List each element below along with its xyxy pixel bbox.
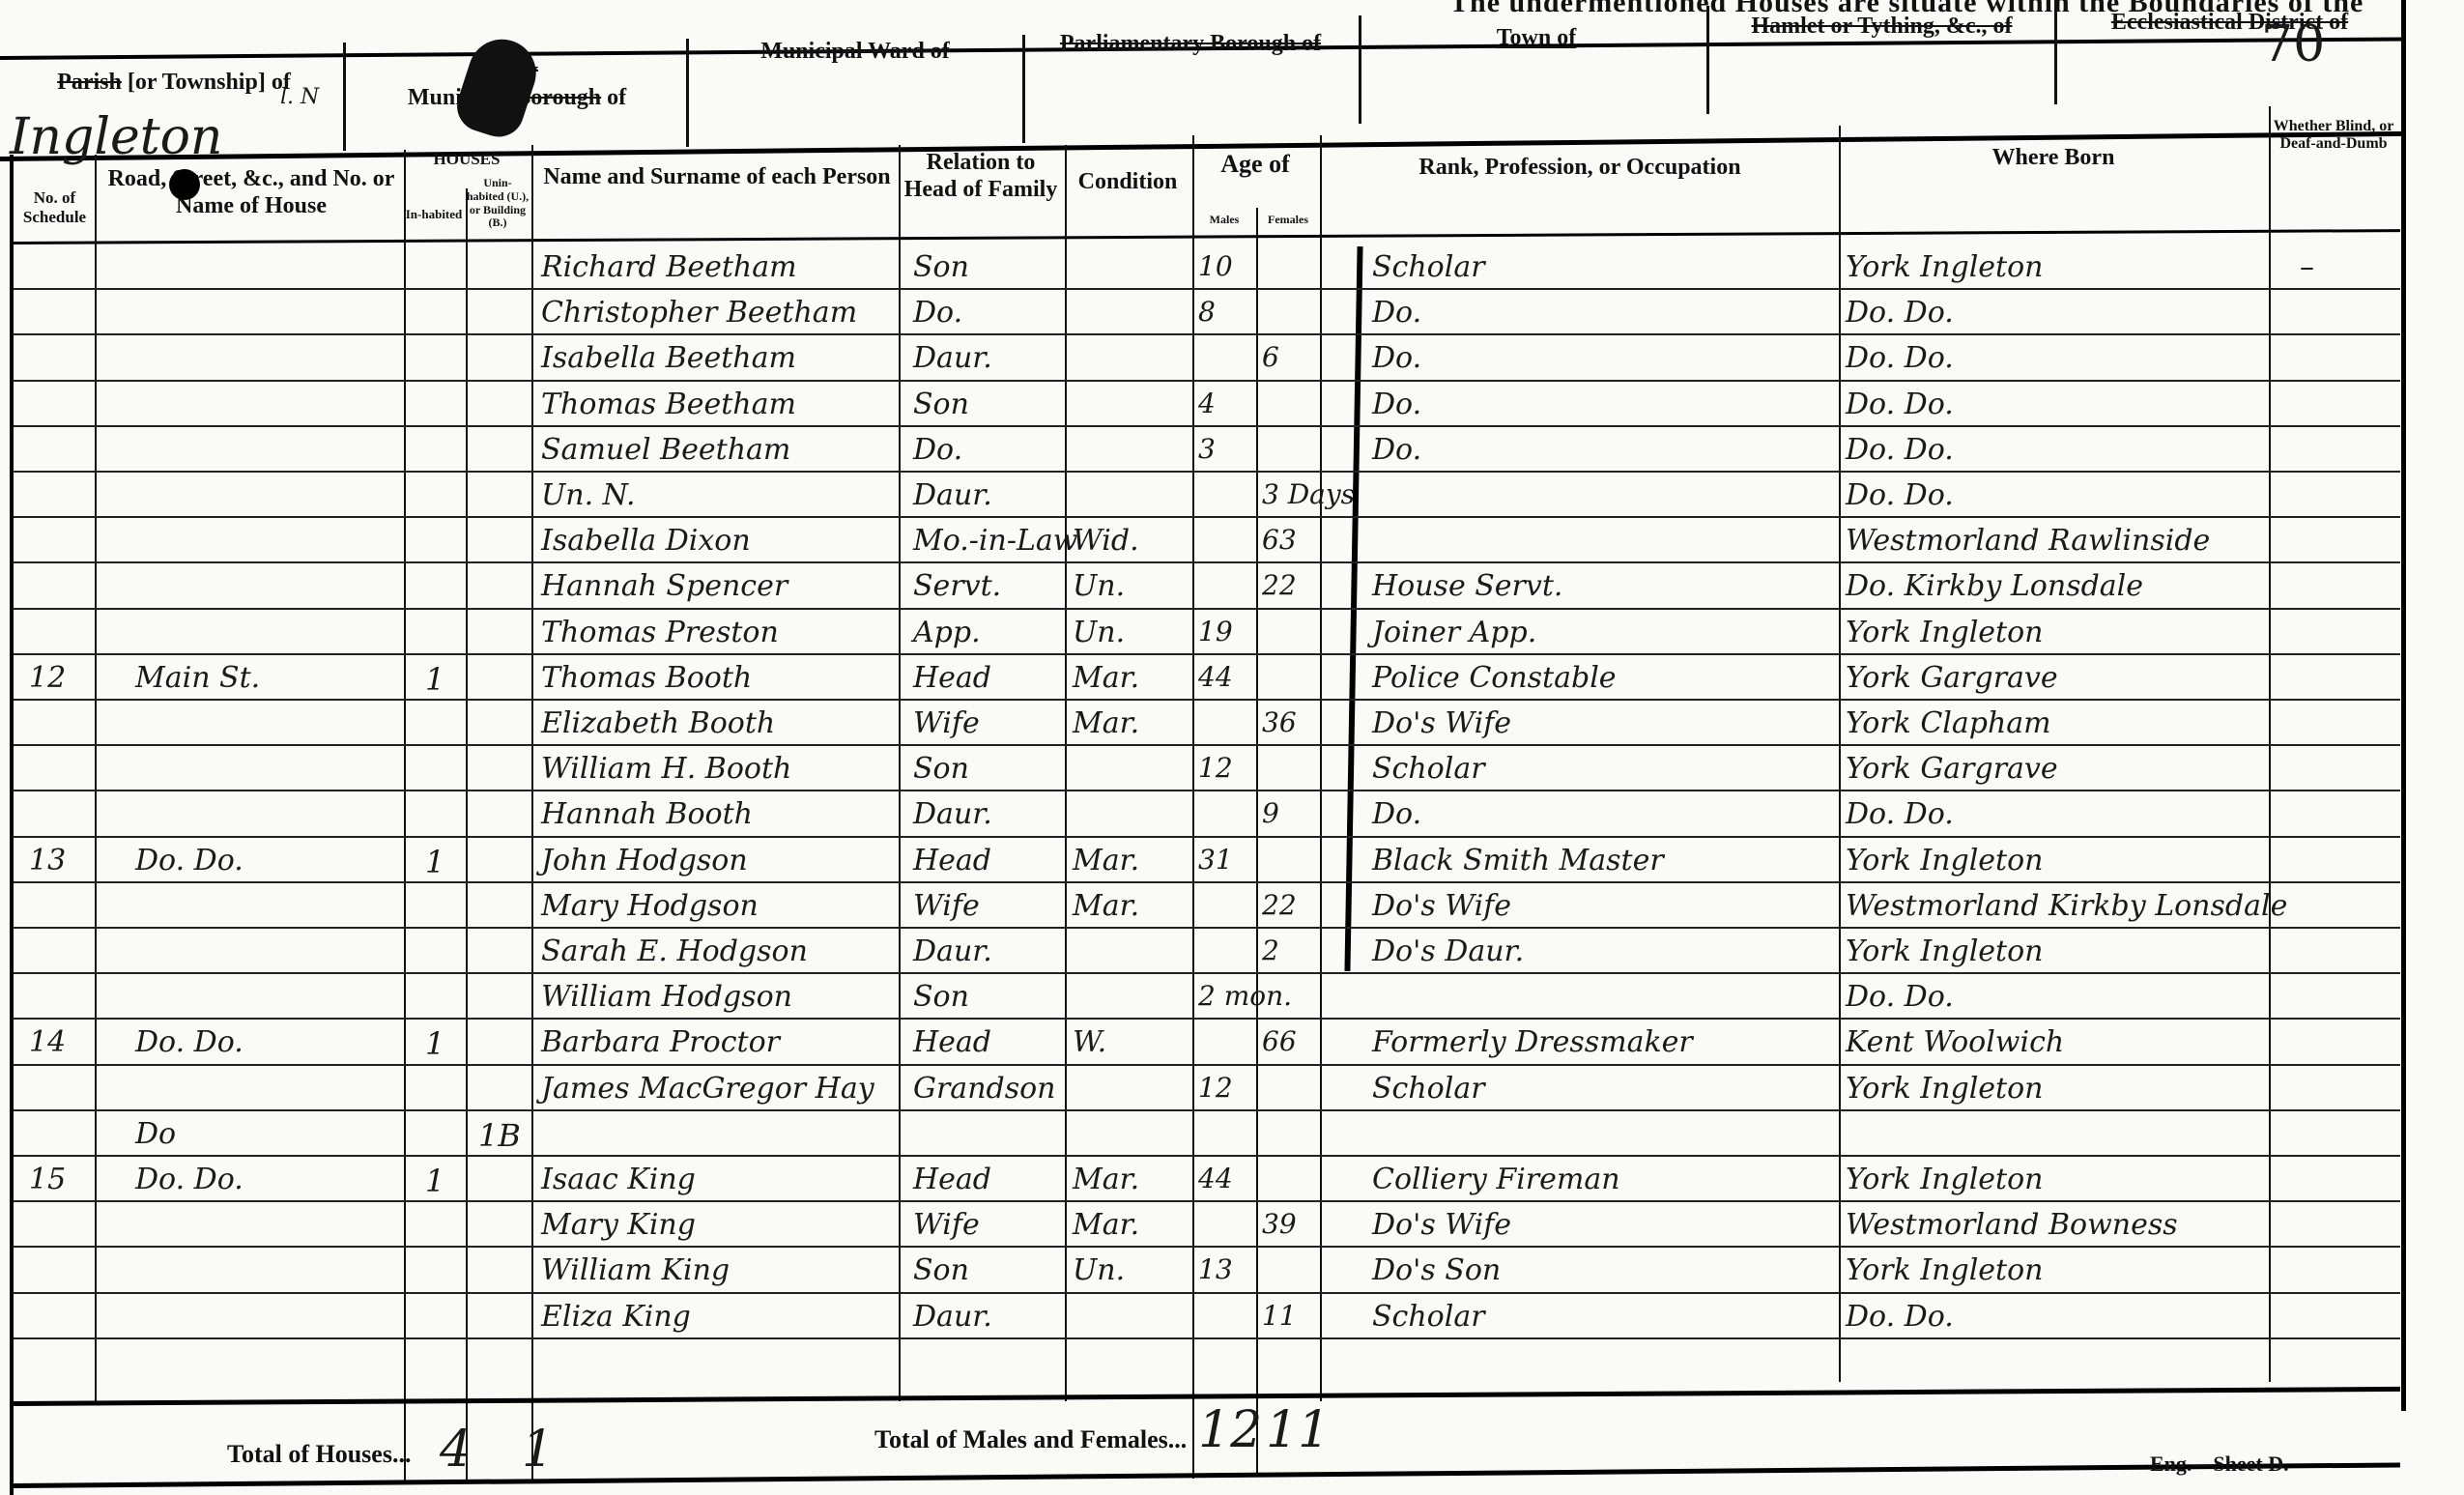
occupation: Scholar	[1372, 1072, 1485, 1106]
male-age: 2 mon.	[1198, 980, 1292, 1012]
houses-inhabited: 1	[425, 1025, 444, 1062]
where-born: Do. Do.	[1846, 980, 1954, 1014]
municipal-ward-label: Municipal Ward of	[691, 39, 1019, 66]
row-rule	[14, 380, 2400, 382]
relation-to-head: Son	[913, 1253, 969, 1287]
where-born: Do. Do.	[1846, 341, 1954, 375]
row-rule	[14, 561, 2400, 563]
occupation: Formerly Dressmaker	[1372, 1025, 1693, 1059]
female-age: 22	[1262, 569, 1297, 601]
relation-to-head: Do.	[913, 433, 962, 467]
col-header-occupation: Rank, Profession, or Occupation	[1324, 155, 1836, 182]
blind-deaf-dumb: –	[2300, 250, 2314, 284]
condition: Mar.	[1073, 706, 1139, 740]
occupation: Do's Daur.	[1372, 934, 1524, 968]
relation-to-head: Head	[913, 1025, 991, 1059]
relation-to-head: Daur.	[913, 1300, 992, 1334]
row-rule	[14, 1292, 2400, 1294]
person-name: Isabella Beetham	[541, 341, 796, 375]
col-header-uninhabited: Unin-habited (U.), or Building (B.)	[466, 177, 530, 230]
row-rule	[14, 744, 2400, 746]
male-age: 4	[1198, 388, 1216, 419]
where-born: Kent Woolwich	[1846, 1025, 2064, 1059]
row-rule	[14, 333, 2400, 335]
occupation: Police Constable	[1372, 661, 1617, 695]
relation-to-head: Do.	[913, 296, 962, 330]
condition: Mar.	[1073, 844, 1139, 877]
person-name: Thomas Preston	[541, 616, 779, 649]
occupation: Scholar	[1372, 752, 1485, 786]
where-born: Do. Do.	[1846, 1300, 1954, 1334]
occupation: Do's Wife	[1372, 706, 1511, 740]
header-bottom-rule	[14, 229, 2400, 244]
row-rule	[14, 471, 2400, 473]
where-born: York Ingleton	[1846, 616, 2043, 649]
divider	[1706, 6, 1709, 114]
condition: Mar.	[1073, 1208, 1139, 1242]
where-born: York Ingleton	[1846, 250, 2043, 284]
relation-to-head: Son	[913, 388, 969, 421]
person-name: Mary King	[541, 1208, 696, 1242]
where-born: York Ingleton	[1846, 1072, 2043, 1106]
female-age: 63	[1262, 524, 1297, 556]
person-name: Isabella Dixon	[541, 524, 751, 558]
where-born: York Clapham	[1846, 706, 2051, 740]
census-page: The undermentioned Houses are situate wi…	[0, 0, 2464, 1495]
hamlet-label: Hamlet or Tything, &c., of	[1710, 14, 2053, 41]
row-rule	[14, 1064, 2400, 1066]
divider	[2054, 0, 2057, 104]
houses-inhabited: 1	[425, 661, 444, 698]
row-rule	[14, 608, 2400, 610]
occupation: Joiner App.	[1372, 616, 1536, 649]
col-header-where-born: Where Born	[1841, 145, 2266, 172]
occupation: Colliery Fireman	[1372, 1163, 1620, 1196]
person-name: Mary Hodgson	[541, 889, 759, 923]
relation-to-head: Grandson	[913, 1072, 1056, 1106]
relation-to-head: Head	[913, 1163, 991, 1196]
row-rule	[14, 972, 2400, 974]
where-born: York Ingleton	[1846, 1253, 2043, 1287]
schedule-number: 13	[29, 844, 66, 877]
where-born: Do. Do.	[1846, 388, 1954, 421]
condition: Un.	[1073, 569, 1125, 603]
person-name: Samuel Beetham	[541, 433, 790, 467]
col-header-age: Age of	[1192, 150, 1318, 179]
relation-to-head: Daur.	[913, 478, 992, 512]
form-reference: Eng.—Sheet D.	[2150, 1452, 2289, 1477]
occupation: Black Smith Master	[1372, 844, 1664, 877]
row-rule	[14, 927, 2400, 929]
where-born: Westmorland Bowness	[1846, 1208, 2178, 1242]
where-born: York Ingleton	[1846, 934, 2043, 968]
occupation: Do.	[1372, 341, 1421, 375]
person-name: William H. Booth	[541, 752, 791, 786]
relation-to-head: App.	[913, 616, 981, 649]
female-age: 6	[1262, 341, 1279, 373]
col-header-houses: HOUSES	[404, 150, 530, 169]
female-age: 36	[1262, 706, 1297, 738]
parish-value: Ingleton	[10, 108, 222, 166]
where-born: Do. Do.	[1846, 797, 1954, 831]
relation-to-head: Son	[913, 752, 969, 786]
person-name: William King	[541, 1253, 730, 1287]
person-name: Thomas Booth	[541, 661, 752, 695]
row-rule	[14, 836, 2400, 838]
row-rule	[14, 1109, 2400, 1111]
condition: Un.	[1073, 616, 1125, 649]
occupation: Do.	[1372, 433, 1421, 467]
person-name: Elizabeth Booth	[541, 706, 775, 740]
total-houses-inhabited: 4	[440, 1421, 472, 1479]
where-born: Do. Kirkby Lonsdale	[1846, 569, 2143, 603]
occupation: Do.	[1372, 797, 1421, 831]
male-age: 44	[1198, 1163, 1233, 1194]
ecclesiastical-district-label: Ecclesiastical District of	[2058, 10, 2401, 37]
person-name: William Hodgson	[541, 980, 792, 1014]
row-rule	[14, 1337, 2400, 1339]
female-age: 9	[1262, 797, 1279, 829]
divider	[1359, 15, 1361, 124]
houses-inhabited: 1	[425, 844, 444, 880]
col-header-males: Males	[1192, 214, 1256, 227]
col-header-relation: Relation to Head of Family	[899, 150, 1063, 203]
occupation: House Servt.	[1372, 569, 1562, 603]
where-born: York Gargrave	[1846, 752, 2058, 786]
col-header-condition: Condition	[1065, 169, 1190, 196]
divider	[343, 43, 346, 151]
male-age: 19	[1198, 616, 1233, 647]
where-born: York Ingleton	[1846, 1163, 2043, 1196]
person-name: Eliza King	[541, 1300, 691, 1334]
total-houses-label: Total of Houses...	[227, 1440, 411, 1469]
row-rule	[14, 881, 2400, 883]
person-name: Barbara Proctor	[541, 1025, 780, 1059]
person-name: Thomas Beetham	[541, 388, 796, 421]
condition: Un.	[1073, 1253, 1125, 1287]
occupation: Do.	[1372, 388, 1421, 421]
right-border	[2401, 0, 2406, 1411]
parliamentary-borough-label: Parliamentary Borough of	[1026, 31, 1355, 58]
total-houses-uninhabited: 1	[522, 1421, 554, 1479]
row-rule	[14, 653, 2400, 655]
total-females: 11	[1266, 1401, 1330, 1459]
relation-to-head: Wife	[913, 706, 980, 740]
occupation: Do's Wife	[1372, 1208, 1511, 1242]
male-age: 3	[1198, 433, 1216, 465]
male-age: 12	[1198, 1072, 1233, 1104]
person-name: Richard Beetham	[541, 250, 797, 284]
col-header-females: Females	[1256, 214, 1320, 227]
col-header-blind: Whether Blind, or Deaf-and-Dumb	[2271, 118, 2396, 154]
ink-blot	[169, 169, 200, 200]
male-age: 10	[1198, 250, 1233, 282]
relation-to-head: Head	[913, 844, 991, 877]
occupation: Do's Son	[1372, 1253, 1501, 1287]
divider	[686, 39, 689, 147]
road-street: Do. Do.	[135, 1025, 244, 1059]
ink-blot	[450, 31, 544, 144]
female-age: 66	[1262, 1025, 1297, 1057]
condition: Mar.	[1073, 1163, 1139, 1196]
person-name: John Hodgson	[541, 844, 748, 877]
left-border	[10, 155, 14, 1495]
total-persons-label: Total of Males and Females...	[874, 1425, 1187, 1454]
road-street: Do. Do.	[135, 1163, 244, 1196]
relation-to-head: Servt.	[913, 569, 1001, 603]
relation-to-head: Son	[913, 250, 969, 284]
relation-to-head: Wife	[913, 889, 980, 923]
where-born: Do. Do.	[1846, 296, 1954, 330]
male-age: 13	[1198, 1253, 1233, 1285]
person-name: Sarah E. Hodgson	[541, 934, 808, 968]
total-males: 12	[1198, 1401, 1262, 1459]
female-age: 2	[1262, 934, 1279, 966]
col-header-name: Name and Surname of each Person	[533, 164, 901, 191]
female-age: 39	[1262, 1208, 1297, 1240]
houses-uninhabited: 1B	[478, 1117, 521, 1154]
relation-to-head: Daur.	[913, 341, 992, 375]
col-header-inhabited: In-habited	[404, 208, 464, 222]
person-name: Hannah Booth	[541, 797, 753, 831]
person-name: Isaac King	[541, 1163, 696, 1196]
occupation: Do.	[1372, 296, 1421, 330]
col-header-schedule: No. of Schedule	[14, 188, 96, 226]
male-age: 44	[1198, 661, 1233, 693]
row-rule	[14, 699, 2400, 701]
row-rule	[14, 1155, 2400, 1157]
row-rule	[14, 425, 2400, 427]
where-born: York Gargrave	[1846, 661, 2058, 695]
row-rule	[14, 1200, 2400, 1202]
ecclesiastical-district-value: 70	[2261, 15, 2325, 73]
occupation: Scholar	[1372, 1300, 1485, 1334]
row-rule	[14, 790, 2400, 791]
occupation: Scholar	[1372, 250, 1485, 284]
road-street: Do. Do.	[135, 844, 244, 877]
row-rule	[14, 516, 2400, 518]
row-rule	[14, 1246, 2400, 1248]
person-name: Hannah Spencer	[541, 569, 788, 603]
relation-to-head: Wife	[913, 1208, 980, 1242]
male-age: 12	[1198, 752, 1233, 784]
male-age: 31	[1198, 844, 1233, 876]
where-born: Westmorland Rawlinside	[1846, 524, 2210, 558]
condition: W.	[1073, 1025, 1106, 1059]
parish-annotation: l. N	[280, 85, 319, 109]
person-name: Un. N.	[541, 478, 636, 512]
road-street: Do	[135, 1117, 176, 1151]
condition: Wid.	[1073, 524, 1139, 558]
town-label: Town of	[1362, 25, 1710, 52]
where-born: Do. Do.	[1846, 478, 1954, 512]
female-age: 11	[1262, 1300, 1297, 1332]
schedule-number: 14	[29, 1025, 66, 1059]
schedule-number: 12	[29, 661, 66, 695]
female-age: 22	[1262, 889, 1297, 921]
relation-to-head: Daur.	[913, 934, 992, 968]
occupation: Do's Wife	[1372, 889, 1511, 923]
divider	[1022, 35, 1025, 143]
road-street: Main St.	[135, 661, 260, 695]
relation-to-head: Mo.-in-Law	[913, 524, 1077, 558]
houses-inhabited: 1	[425, 1163, 444, 1199]
relation-to-head: Son	[913, 980, 969, 1014]
person-name: Christopher Beetham	[541, 296, 857, 330]
female-age: 3 Days	[1262, 478, 1355, 510]
row-rule	[14, 288, 2400, 290]
person-name: James MacGregor Hay	[541, 1072, 874, 1106]
relation-to-head: Head	[913, 661, 991, 695]
where-born: Westmorland Kirkby Lonsdale	[1846, 889, 2287, 923]
row-rule	[14, 1018, 2400, 1020]
schedule-number: 15	[29, 1163, 66, 1196]
where-born: York Ingleton	[1846, 844, 2043, 877]
relation-to-head: Daur.	[913, 797, 992, 831]
male-age: 8	[1198, 296, 1216, 328]
condition: Mar.	[1073, 661, 1139, 695]
col-header-road: Road, Street, &c., and No. or Name of Ho…	[97, 166, 406, 219]
where-born: Do. Do.	[1846, 433, 1954, 467]
condition: Mar.	[1073, 889, 1139, 923]
